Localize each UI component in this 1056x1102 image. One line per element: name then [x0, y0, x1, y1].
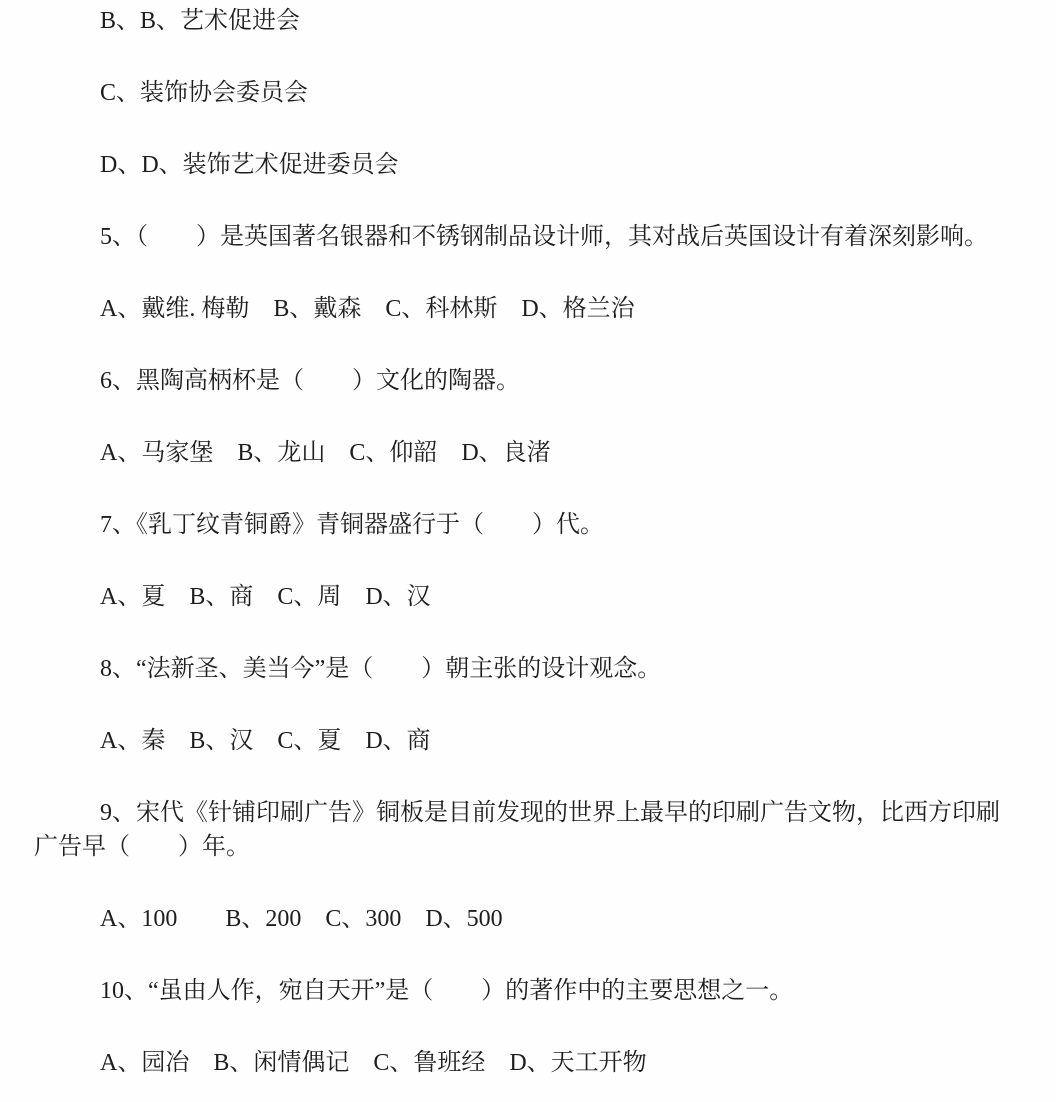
- q4-option-c: C、装饰协会委员会: [34, 76, 1009, 110]
- q4-option-b: B、B、艺术促进会: [34, 4, 1009, 38]
- question-9: 9、宋代《针铺印刷广告》铜板是目前发现的世界上最早的印刷广告文物，比西方印刷 广…: [34, 796, 1009, 864]
- question-7: 7、《乳丁纹青铜爵》青铜器盛行于（ ）代。: [34, 508, 1009, 542]
- question-6: 6、黑陶高柄杯是（ ）文化的陶器。: [34, 364, 1009, 398]
- q10-options: A、园冶 B、闲情偶记 C、鲁班经 D、天工开物: [34, 1046, 1009, 1080]
- question-10: 10、“虽由人作，宛自天开”是（ ）的著作中的主要思想之一。: [34, 974, 1009, 1008]
- question-8: 8、“法新圣、美当今”是（ ）朝主张的设计观念。: [34, 652, 1009, 686]
- q4-option-d: D、D、装饰艺术促进委员会: [34, 148, 1009, 182]
- question-5: 5、（ ）是英国著名银器和不锈钢制品设计师，其对战后英国设计有着深刻影响。: [34, 220, 1009, 254]
- q8-options: A、秦 B、汉 C、夏 D、商: [34, 724, 1009, 758]
- q7-options: A、夏 B、商 C、周 D、汉: [34, 580, 1009, 614]
- q9-options: A、100 B、200 C、300 D、500: [34, 902, 1009, 936]
- q5-options: A、戴维. 梅勒 B、戴森 C、科林斯 D、格兰治: [34, 292, 1009, 326]
- document-page: B、B、艺术促进会 C、装饰协会委员会 D、D、装饰艺术促进委员会 5、（ ）是…: [0, 0, 1056, 1102]
- q6-options: A、马家堡 B、龙山 C、仰韶 D、良渚: [34, 436, 1009, 470]
